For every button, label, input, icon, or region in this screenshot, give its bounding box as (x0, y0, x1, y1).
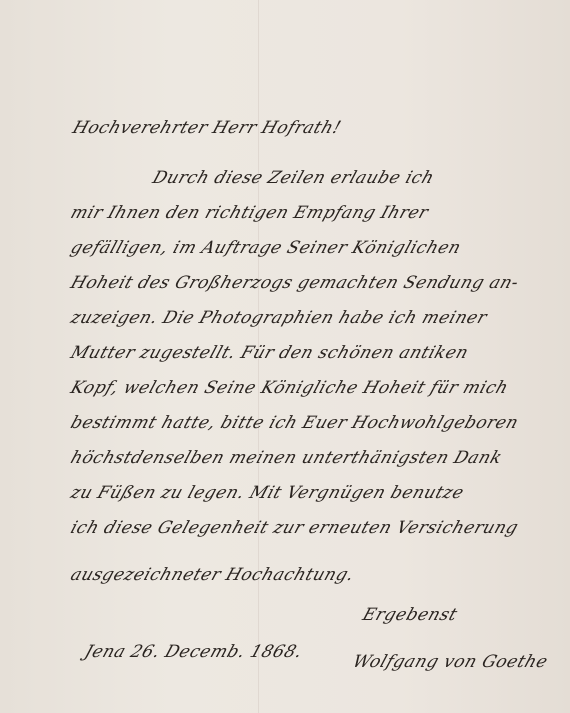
closing: Ergebenst (360, 605, 460, 625)
body-line: ich diese Gelegenheit zur erneuten Versi… (68, 518, 521, 538)
place-date: Jena 26. Decemb. 1868. (82, 642, 305, 662)
body-line: mir Ihnen den richtigen Empfang Ihrer (68, 203, 431, 223)
letter-page: Hochverehrter Herr Hofrath! Durch diese … (0, 0, 570, 713)
body-line: höchstdenselben meinen unterthänigsten D… (68, 448, 505, 468)
body-line: zuzeigen. Die Photographien habe ich mei… (68, 308, 490, 328)
body-line: zu Füßen zu legen. Mit Vergnügen benutze (68, 483, 467, 503)
body-line: gefälligen, im Auftrage Seiner Königlich… (68, 238, 464, 258)
salutation: Hochverehrter Herr Hofrath! (70, 118, 344, 138)
signature: Wolfgang von Goethe (350, 652, 550, 672)
body-line: Durch diese Zeilen erlaube ich (150, 168, 437, 188)
body-line: bestimmt hatte, bitte ich Euer Hochwohlg… (68, 413, 521, 433)
body-line: Kopf, welchen Seine Königliche Hoheit fü… (68, 378, 511, 398)
body-line: Mutter zugestellt. Für den schönen antik… (68, 343, 471, 363)
body-line: Hoheit des Großherzogs gemachten Sendung… (68, 273, 521, 293)
body-line: ausgezeichneter Hochachtung. (68, 565, 357, 585)
